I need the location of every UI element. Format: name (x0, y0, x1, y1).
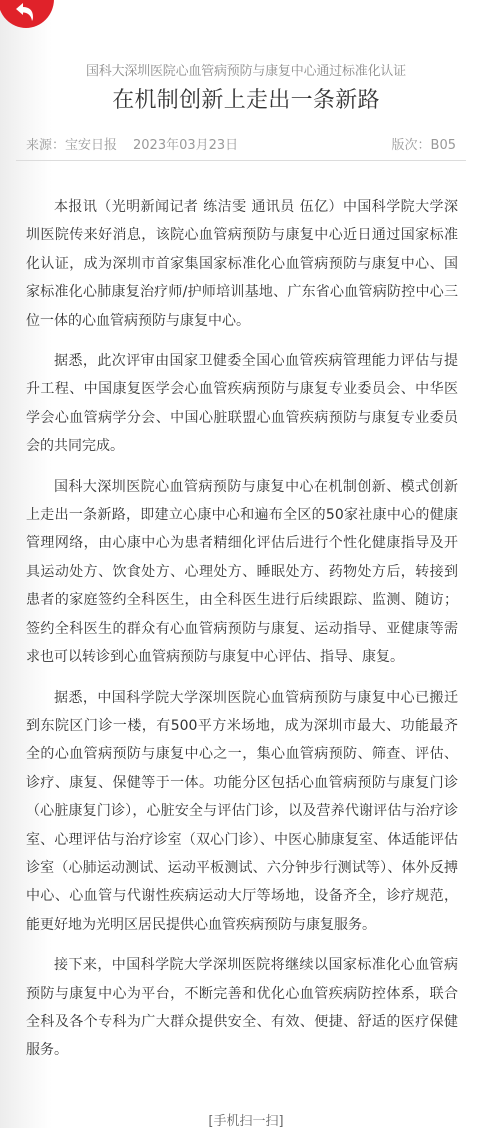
article-source: 来源：宝安日报 (26, 138, 117, 153)
article-date: 2023年03月23日 (133, 138, 238, 153)
meta-left: 来源：宝安日报2023年03月23日 (26, 134, 238, 153)
article-paragraph: 本报讯（光明新闻记者 练洁雯 通讯员 伍亿）中国科学院大学深圳医院传来好消息，该… (26, 193, 458, 335)
article-paragraph: 据悉，中国科学院大学深圳医院心血管病预防与康复中心已搬迁到东院区门诊一楼，有50… (26, 684, 458, 940)
article-subtitle: 国科大深圳医院心血管病预防与康复中心通过标准化认证 (0, 60, 492, 79)
article-title: 在机制创新上走出一条新路 (0, 83, 492, 114)
article-paragraph: 国科大深圳医院心血管病预防与康复中心在机制创新、模式创新上走出一条新路，即建立心… (26, 473, 458, 672)
scan-qr-link[interactable]: [手机扫一扫] (0, 1110, 492, 1128)
article-edition: 版次：B05 (392, 134, 456, 153)
back-button[interactable] (0, 0, 54, 28)
article-meta: 来源：宝安日报2023年03月23日 版次：B05 (26, 134, 456, 153)
article-body: 本报讯（光明新闻记者 练洁雯 通讯员 伍亿）中国科学院大学深圳医院传来好消息，该… (26, 193, 458, 1077)
header-divider (16, 160, 466, 161)
article-paragraph: 接下来，中国科学院大学深圳医院将继续以国家标准化心血管病预防与康复中心为平台，不… (26, 951, 458, 1065)
article-paragraph: 据悉，此次评审由国家卫健委全国心血管疾病管理能力评估与提升工程、中国康复医学会心… (26, 347, 458, 461)
back-arrow-icon (14, 3, 36, 21)
